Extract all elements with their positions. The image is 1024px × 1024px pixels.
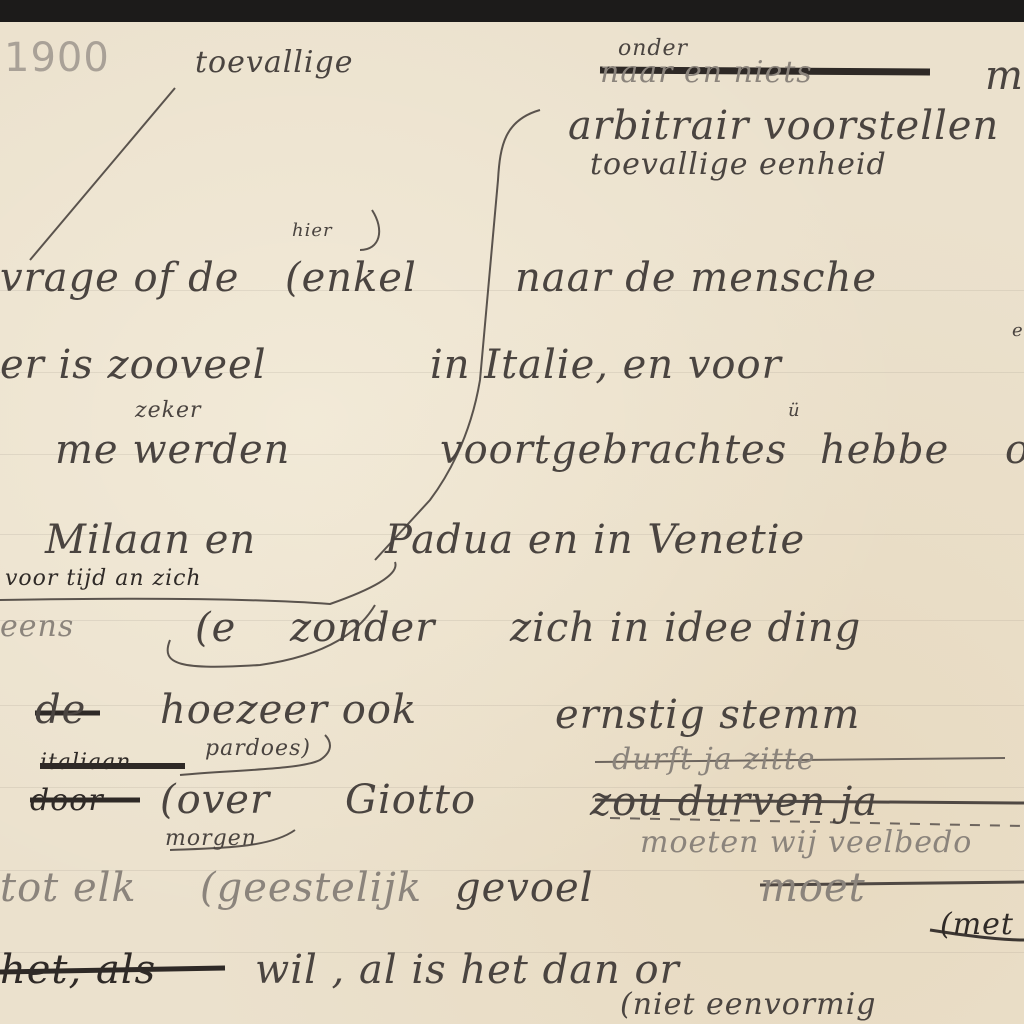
insert-hier: hier <box>292 222 333 240</box>
insert-toevallige: toevallige <box>195 48 353 78</box>
line-text: er is zooveel <box>0 345 267 385</box>
line-text: Giotto <box>345 780 476 820</box>
struck-text: durft ja zitte <box>612 745 816 775</box>
insert-zeker: zeker <box>135 400 201 422</box>
struck-text: moet <box>760 868 866 908</box>
line-text: toevallige eenheid <box>590 150 887 180</box>
insert-text: (niet eenvormig <box>620 990 876 1020</box>
insert-met: (met <box>940 910 1014 940</box>
line-fragment: e <box>1012 322 1024 340</box>
line-text: (geestelijk <box>200 868 422 908</box>
line-text: in Italie, en voor <box>430 345 782 385</box>
insert-text: moeten wij veelbedo <box>640 828 972 858</box>
line-text: me werden <box>55 430 290 470</box>
line-text: naar de mensche <box>515 258 877 298</box>
line-text: wil , al is het dan or <box>255 950 680 990</box>
scan-border <box>0 0 1024 22</box>
line-text: ernstig stemm <box>555 695 860 735</box>
line-text: zich in idee ding <box>510 608 861 648</box>
line-text: zonder <box>290 608 435 648</box>
line-text: voortgebrachtes <box>440 430 787 470</box>
line-text: (enkel <box>285 258 417 298</box>
line-text: arbitrair voorstellen <box>568 106 999 146</box>
line-text: vrage of de <box>0 258 239 298</box>
line-text: hoezeer ook <box>160 690 417 730</box>
line-text: (over <box>160 780 270 820</box>
insert-pardoes: pardoes) <box>205 738 311 760</box>
line-text: tot elk <box>0 868 137 908</box>
struck-text: italiaan <box>40 752 131 774</box>
struck-text: door <box>30 786 104 816</box>
line-text: hebbe <box>820 430 949 470</box>
line-text: Padua en in Venetie <box>385 520 805 560</box>
struck-text: het, als <box>0 950 156 990</box>
line-text: (e <box>195 608 236 648</box>
insert-morgen: morgen <box>165 828 257 850</box>
ruled-line <box>0 705 1024 706</box>
insert-umlaut: ü <box>788 402 801 420</box>
struck-text: zou durven ja <box>590 782 878 822</box>
insert-voor-tijd: voor tijd an zich <box>5 568 202 590</box>
struck-text: de <box>35 690 86 730</box>
struck-text: naar en niets <box>600 58 813 88</box>
line-fragment: m <box>985 56 1024 96</box>
line-fragment: o <box>1005 430 1024 470</box>
margin-year-note: 1900 <box>4 38 110 78</box>
line-text: Milaan en <box>45 520 256 560</box>
line-text: eens <box>0 612 74 642</box>
line-text: gevoel <box>455 868 593 908</box>
